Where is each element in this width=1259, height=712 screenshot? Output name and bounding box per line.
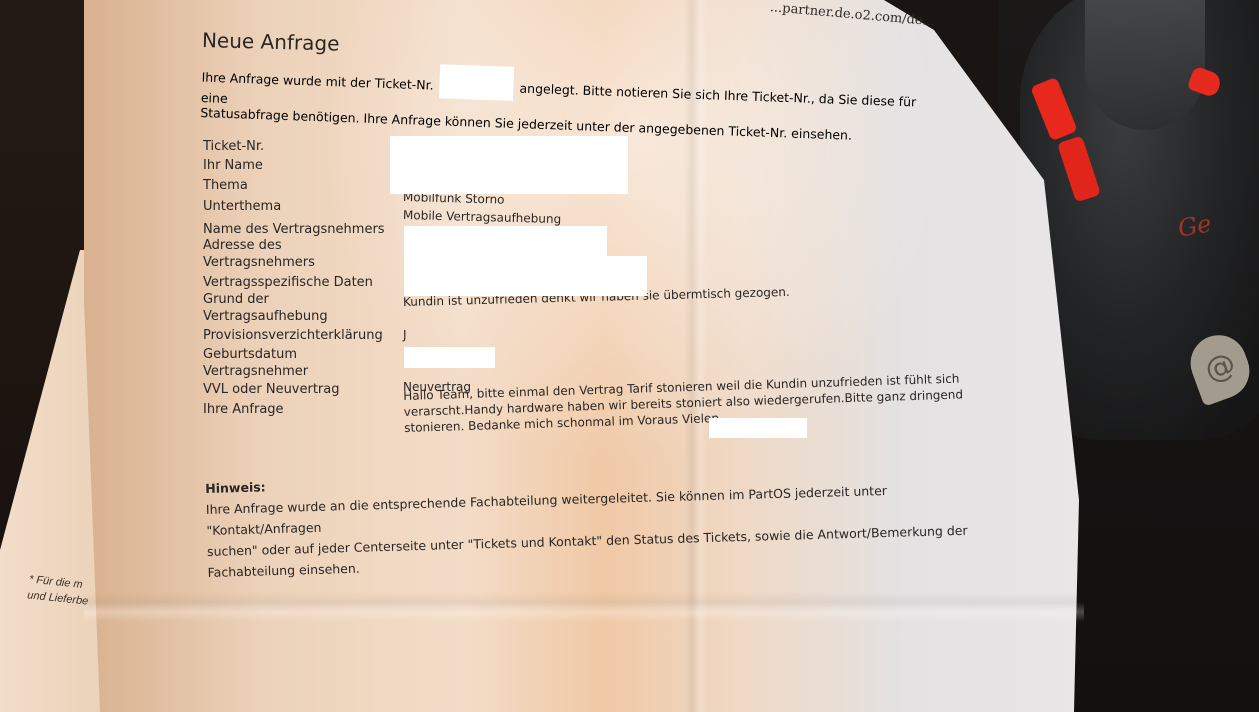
field-label: Ticket-Nr. (203, 138, 264, 155)
hinweis-heading: Hinweis: (205, 479, 266, 496)
field-label: Unterthema (203, 198, 281, 215)
redacted-ticket-and-name (390, 136, 628, 194)
field-label: Provisionsverzichterklärung (203, 327, 383, 344)
field-label: Adresse des Vertragsnehmers (203, 237, 323, 271)
photo-scene: Ge @ * Für die m und Lieferbe ...partner… (0, 0, 1259, 712)
field-label: Name des Vertragsnehmers (203, 221, 385, 238)
hinweis-section: Hinweis: Ihre Anfrage wurde an die entsp… (205, 456, 988, 583)
field-value-provisionsverzicht: J (403, 328, 407, 343)
redacted-contract-holder-name (404, 226, 607, 256)
paper-fold-horizontal (84, 592, 1084, 622)
intro-text: Ihre Anfrage wurde mit der Ticket-Nr. (201, 69, 434, 92)
hinweis-line: Fachabteilung einsehen. (207, 561, 360, 580)
field-label: VVL oder Neuvertrag (203, 381, 340, 398)
redacted-ticket-number (439, 64, 514, 101)
field-label: Grund der Vertragsaufhebung (203, 291, 343, 325)
redacted-address-and-contract-data (404, 256, 647, 296)
field-label: Ihr Name (203, 157, 263, 174)
field-label: Thema (203, 177, 248, 194)
mouse-brand-logo-text: Ge (1176, 209, 1214, 242)
redacted-birthdate (404, 347, 495, 368)
document-title: Neue Anfrage (202, 28, 340, 56)
mouse-wheel (1085, 0, 1205, 130)
field-label: Geburtsdatum Vertragsnehmer (203, 346, 323, 380)
redacted-signature-name (709, 418, 807, 438)
field-label: Ihre Anfrage (203, 401, 284, 418)
field-label: Vertragsspezifische Daten (203, 274, 373, 291)
